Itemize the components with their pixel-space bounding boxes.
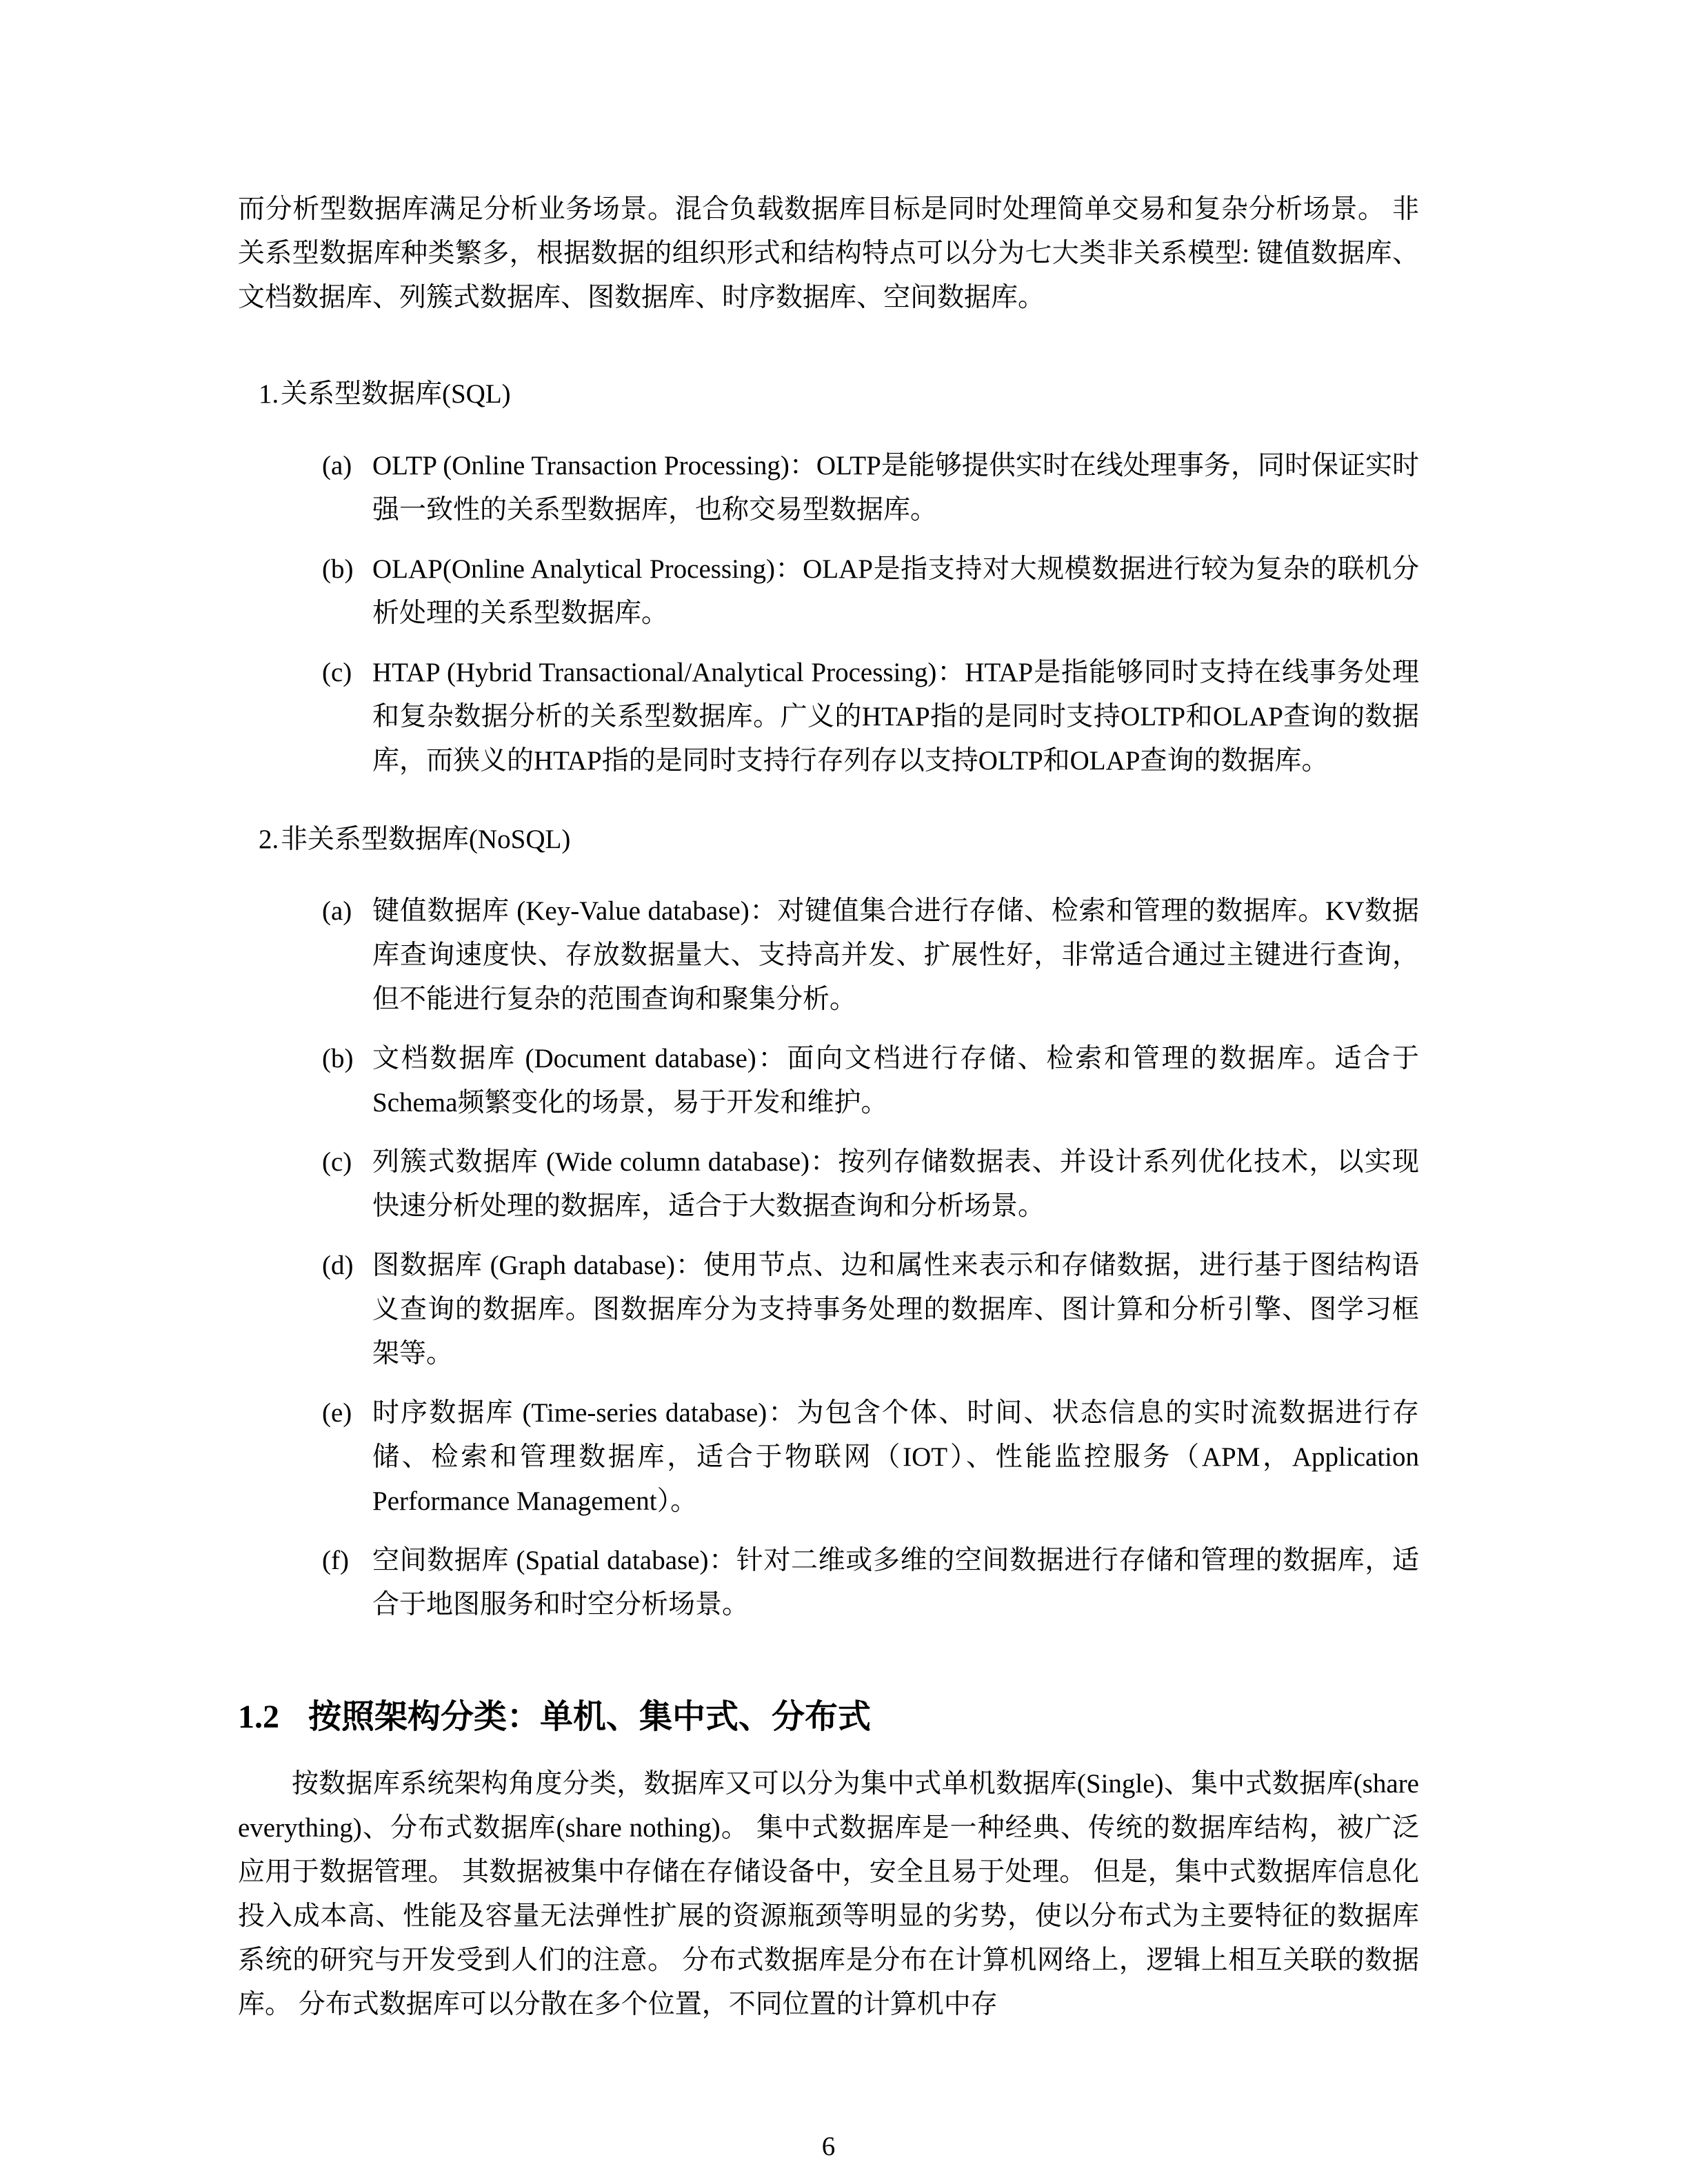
section-number: 1.2: [238, 1699, 279, 1735]
sub-item-text: 键值数据库 (Key-Value database)：对键值集合进行存储、检索和…: [372, 896, 1419, 1014]
list-item-heading: 1. 关系型数据库(SQL): [238, 372, 1419, 416]
list-item-nosql: 2. 非关系型数据库(NoSQL) (a) 键值数据库 (Key-Value d…: [238, 818, 1419, 1627]
sub-item-spatial: (f) 空间数据库 (Spatial database)：针对二维或多维的空间数…: [238, 1539, 1419, 1627]
text-column: 而分析型数据库满足分析业务场景。混合负载数据库目标是同时处理简单交易和复杂分析场…: [238, 188, 1419, 2027]
intro-paragraph: 而分析型数据库满足分析业务场景。混合负载数据库目标是同时处理简单交易和复杂分析场…: [238, 188, 1419, 320]
page-footer: 6: [238, 2125, 1419, 2169]
list-item-number: 2.: [259, 818, 279, 862]
sub-item-oltp: (a) OLTP (Online Transaction Processing)…: [238, 444, 1419, 532]
sub-item-label: (f): [322, 1539, 349, 1583]
sub-item-label: (d): [322, 1244, 353, 1288]
sub-item-document: (b) 文档数据库 (Document database)：面向文档进行存储、检…: [238, 1037, 1419, 1125]
sub-item-htap: (c) HTAP (Hybrid Transactional/Analytica…: [238, 651, 1419, 783]
sub-item-label: (c): [322, 651, 352, 695]
sub-item-label: (e): [322, 1391, 352, 1435]
list-item-relational-sql: 1. 关系型数据库(SQL) (a) OLTP (Online Transact…: [238, 372, 1419, 783]
sub-item-text: 列簇式数据库 (Wide column database)：按列存储数据表、并设…: [372, 1147, 1419, 1221]
list-item-title: 关系型数据库(SQL): [281, 379, 511, 409]
section-heading: 1.2按照架构分类：单机、集中式、分布式: [238, 1693, 1419, 1741]
sub-item-graph: (d) 图数据库 (Graph database)：使用节点、边和属性来表示和存…: [238, 1244, 1419, 1376]
sub-item-label: (c): [322, 1140, 352, 1184]
list-item-number: 1.: [259, 372, 279, 416]
sub-item-text: HTAP (Hybrid Transactional/Analytical Pr…: [372, 658, 1419, 776]
list-item-heading: 2. 非关系型数据库(NoSQL): [238, 818, 1419, 862]
section-title: 按照架构分类：单机、集中式、分布式: [308, 1699, 871, 1735]
sub-item-wide-column: (c) 列簇式数据库 (Wide column database)：按列存储数据…: [238, 1140, 1419, 1228]
list-item-title: 非关系型数据库(NoSQL): [281, 825, 570, 854]
sub-item-text: 文档数据库 (Document database)：面向文档进行存储、检索和管理…: [372, 1044, 1419, 1118]
sub-item-label: (a): [322, 889, 352, 933]
sub-item-text: 时序数据库 (Time-series database)：为包含个体、时间、状态…: [372, 1398, 1419, 1516]
document-page: 而分析型数据库满足分析业务场景。混合负载数据库目标是同时处理简单交易和复杂分析场…: [0, 0, 1688, 2184]
sub-item-key-value: (a) 键值数据库 (Key-Value database)：对键值集合进行存储…: [238, 889, 1419, 1022]
sub-item-olap: (b) OLAP(Online Analytical Processing)：O…: [238, 547, 1419, 636]
architecture-paragraph: 按数据库系统架构角度分类，数据库又可以分为集中式单机数据库(Single)、集中…: [238, 1762, 1419, 2027]
sub-item-time-series: (e) 时序数据库 (Time-series database)：为包含个体、时…: [238, 1391, 1419, 1524]
sub-item-text: OLTP (Online Transaction Processing)：OLT…: [372, 451, 1419, 525]
sub-item-text: 空间数据库 (Spatial database)：针对二维或多维的空间数据进行存…: [372, 1546, 1419, 1619]
sub-item-text: OLAP(Online Analytical Processing)：OLAP是…: [372, 554, 1419, 628]
page-number: 6: [822, 2132, 836, 2161]
sub-item-text: 图数据库 (Graph database)：使用节点、边和属性来表示和存储数据，…: [372, 1251, 1419, 1368]
sub-item-label: (a): [322, 444, 352, 488]
sub-item-label: (b): [322, 547, 353, 591]
sub-item-label: (b): [322, 1037, 353, 1081]
